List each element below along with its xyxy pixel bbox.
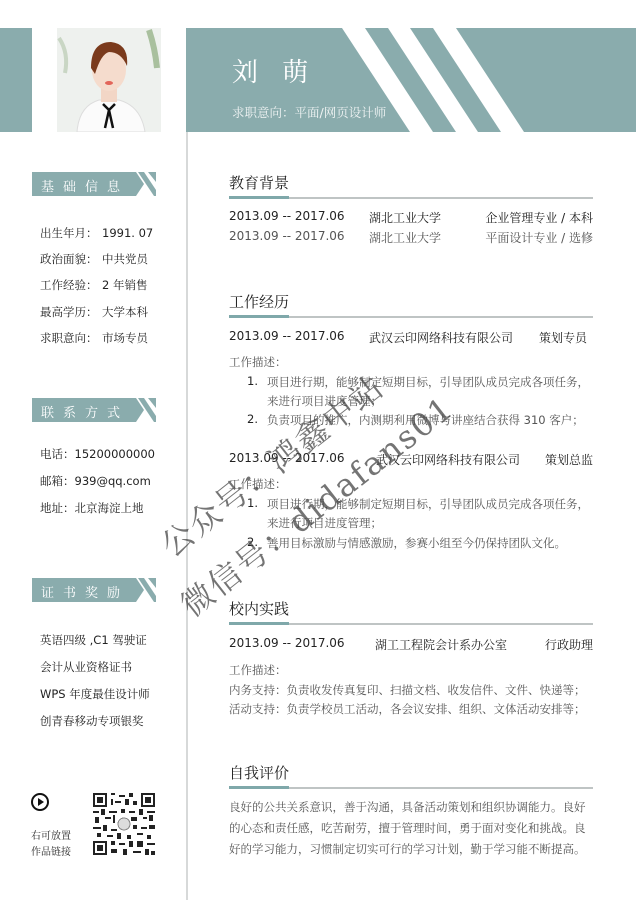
section-rule: [229, 316, 593, 318]
profile-photo: [57, 28, 161, 132]
job-objective: 求职意向：平面/网页设计师: [232, 103, 386, 121]
candidate-name: 刘 萌: [232, 52, 316, 89]
job-row: 2013.09 -- 2017.06 武汉云印网络科技有限公司 策划总监: [229, 451, 593, 467]
list-item-cont: 来进行项目进度管理；: [267, 515, 382, 531]
job-desc-label: 工作描述：: [229, 476, 287, 492]
campus-date: 2013.09 -- 2017.06: [229, 636, 345, 650]
portrait-image: [57, 28, 161, 132]
self-evaluation-text: 良好的公共关系意识，善于沟通，具备活动策划和组织协调能力。良好的心态和责任感，吃…: [229, 797, 595, 860]
campus-desc-line: 活动支持：负责学校员工活动，各会议安排、组织、文体活动安排等；: [229, 701, 586, 717]
list-item: 项目进行期，能够制定短期目标，引导团队成员完成各项任务，: [267, 496, 589, 512]
education-school: 湖北工业大学: [369, 209, 441, 226]
education-row: 2013.09 -- 2017.06 湖北工业大学 平面设计专业 / 选修: [229, 229, 593, 245]
campus-role: 行政助理: [545, 636, 593, 653]
list-number: 1.: [247, 496, 258, 510]
campus-org: 湖工工程院会计系办公室: [375, 636, 507, 653]
section-header-contact: 联系方式: [32, 398, 156, 422]
job-row: 2013.09 -- 2017.06 武汉云印网络科技有限公司 策划专员: [229, 329, 593, 345]
list-item-cont: 来进行项目进度管理；: [267, 393, 382, 409]
job-company: 武汉云印网络科技有限公司: [376, 451, 520, 468]
section-title: 联系方式: [41, 402, 129, 421]
info-row-birth: 出生年月：1991. 07: [40, 225, 153, 241]
section-rule: [229, 787, 593, 789]
education-major: 平面设计专业 / 选修: [485, 229, 593, 246]
portfolio-note-line1: 右可放置: [31, 827, 71, 842]
list-number: 2.: [247, 412, 258, 426]
job-role: 策划总监: [545, 451, 593, 468]
section-title-education: 教育背景: [229, 172, 289, 193]
contact-address: 地址：北京海淀上地: [40, 500, 144, 516]
qr-code[interactable]: [93, 793, 155, 855]
list-number: 2.: [247, 535, 258, 549]
cert-item: 会计从业资格证书: [40, 659, 132, 675]
info-row-experience: 工作经验：2 年销售: [40, 277, 147, 293]
cert-item: WPS 年度最佳设计师: [40, 686, 150, 702]
section-title-campus: 校内实践: [229, 598, 289, 619]
education-date: 2013.09 -- 2017.06: [229, 229, 345, 243]
section-title-self-evaluation: 自我评价: [229, 762, 289, 783]
education-school: 湖北工业大学: [369, 229, 441, 246]
campus-row: 2013.09 -- 2017.06 湖工工程院会计系办公室 行政助理: [229, 636, 593, 652]
campus-desc-line: 内务支持：负责收发传真复印、扫描文档、收发信件、文件、快递等；: [229, 682, 586, 698]
education-major: 企业管理专业 / 本科: [485, 209, 593, 226]
section-title: 证书奖励: [41, 582, 129, 601]
education-row: 2013.09 -- 2017.06 湖北工业大学 企业管理专业 / 本科: [229, 209, 593, 225]
job-role: 策划专员: [539, 329, 587, 346]
section-rule: [229, 623, 593, 625]
job-date: 2013.09 -- 2017.06: [229, 451, 345, 465]
list-item: 善用目标激励与情感激励，参赛小组至今仍保持团队文化。: [267, 535, 566, 551]
portfolio-note-line2: 作品链接: [31, 843, 71, 858]
cert-item: 英语四级 ,C1 驾驶证: [40, 632, 147, 648]
list-number: 1.: [247, 374, 258, 388]
cert-item: 创青春移动专项银奖: [40, 713, 144, 729]
section-rule: [229, 197, 593, 199]
job-desc-label: 工作描述：: [229, 354, 287, 370]
section-header-certificates: 证书奖励: [32, 578, 156, 602]
list-item: 项目进行期，能够制定短期目标，引导团队成员完成各项任务，: [267, 374, 589, 390]
info-row-objective: 求职意向：市场专员: [40, 330, 148, 346]
contact-email: 邮箱：939@qq.com: [40, 473, 151, 489]
job-company: 武汉云印网络科技有限公司: [369, 329, 513, 346]
column-divider: [186, 132, 188, 900]
contact-phone: 电话：15200000000: [40, 446, 155, 462]
list-item: 负责项目的推广，内测期利用微博与讲座结合获得 310 客户；: [267, 412, 584, 428]
section-title: 基础信息: [41, 176, 129, 195]
education-date: 2013.09 -- 2017.06: [229, 209, 345, 223]
header-left-accent: [0, 28, 32, 132]
section-header-basic-info: 基础信息: [32, 172, 156, 196]
section-title-work: 工作经历: [229, 291, 289, 312]
job-date: 2013.09 -- 2017.06: [229, 329, 345, 343]
play-icon[interactable]: [31, 793, 49, 811]
info-row-politics: 政治面貌：中共党员: [40, 251, 148, 267]
campus-desc-label: 工作描述：: [229, 662, 287, 678]
info-row-education: 最高学历：大学本科: [40, 304, 148, 320]
